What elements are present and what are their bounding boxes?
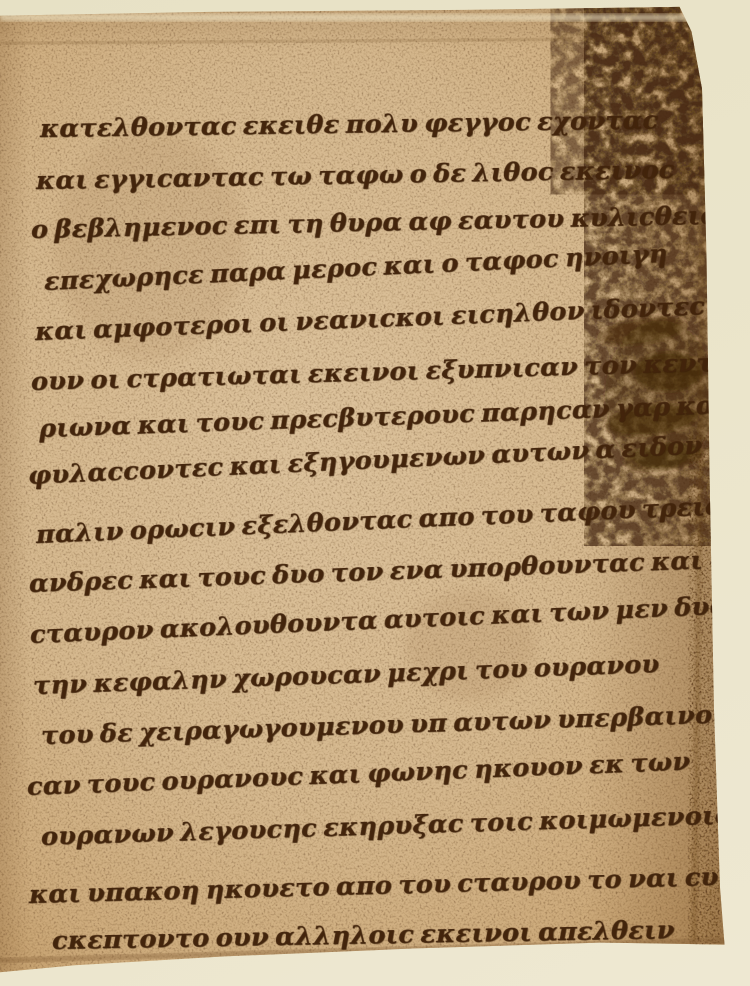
- manuscript-line: του δε χειραγωγουμενου υπ αυτων υπερβαιν…: [41, 699, 731, 751]
- manuscript-line: ϲαν τουϲ ουρανουϲ και φωνηϲ ηκουον εκ τω…: [26, 747, 691, 802]
- manuscript-line: ουν οι ϲτρατιωται εκεινοι εξυπνιϲαν τον …: [31, 347, 733, 397]
- photograph: κατελθονταϲ εκειθε πολυ φεγγοϲ εχονταϲκα…: [0, 0, 750, 986]
- manuscript-line: παλιν ορωϲιν εξελθονταϲ απο του ταφου τρ…: [35, 491, 721, 550]
- manuscript-line: ουρανων λεγουϲηϲ εκηρυξαϲ τοιϲ κοιμωμενο…: [41, 800, 731, 852]
- text-block: κατελθονταϲ εκειθε πολυ φεγγοϲ εχονταϲκα…: [0, 0, 750, 986]
- manuscript-line: ο βεβλημενοϲ επι τη θυρα αφ εαυτου κυλιϲ…: [31, 201, 717, 245]
- manuscript-line: κατελθονταϲ εκειθε πολυ φεγγοϲ εχονταϲ: [40, 105, 659, 144]
- manuscript-line: την κεφαλην χωρουϲαν μεχρι του ουρανου: [32, 649, 660, 701]
- manuscript-line: και αμφοτεροι οι νεανιϲκοι ειϲηλθον ιδον…: [34, 291, 705, 347]
- manuscript-line: ανδρεϲ και τουϲ δυο τον ενα υπορθουνταϲ …: [28, 545, 703, 599]
- manuscript-line: ϲταυρον ακολουθουντα αυτοιϲ και των μεν …: [29, 591, 727, 650]
- manuscript-line: ϲκεπτοντο ουν αλληλοιϲ εκεινοι απελθειν: [52, 915, 675, 956]
- manuscript-line: επεχωρηϲε παρα μεροϲ και ο ταφοϲ ηνοιγη: [43, 239, 668, 297]
- manuscript-page: κατελθονταϲ εκειθε πολυ φεγγοϲ εχονταϲκα…: [0, 0, 750, 986]
- manuscript-line: και υπακοη ηκουετο απο του ϲταυρου το να…: [29, 861, 750, 910]
- manuscript-line: και εγγιϲανταϲ τω ταφω ο δε λιθοϲ εκεινο…: [36, 155, 675, 196]
